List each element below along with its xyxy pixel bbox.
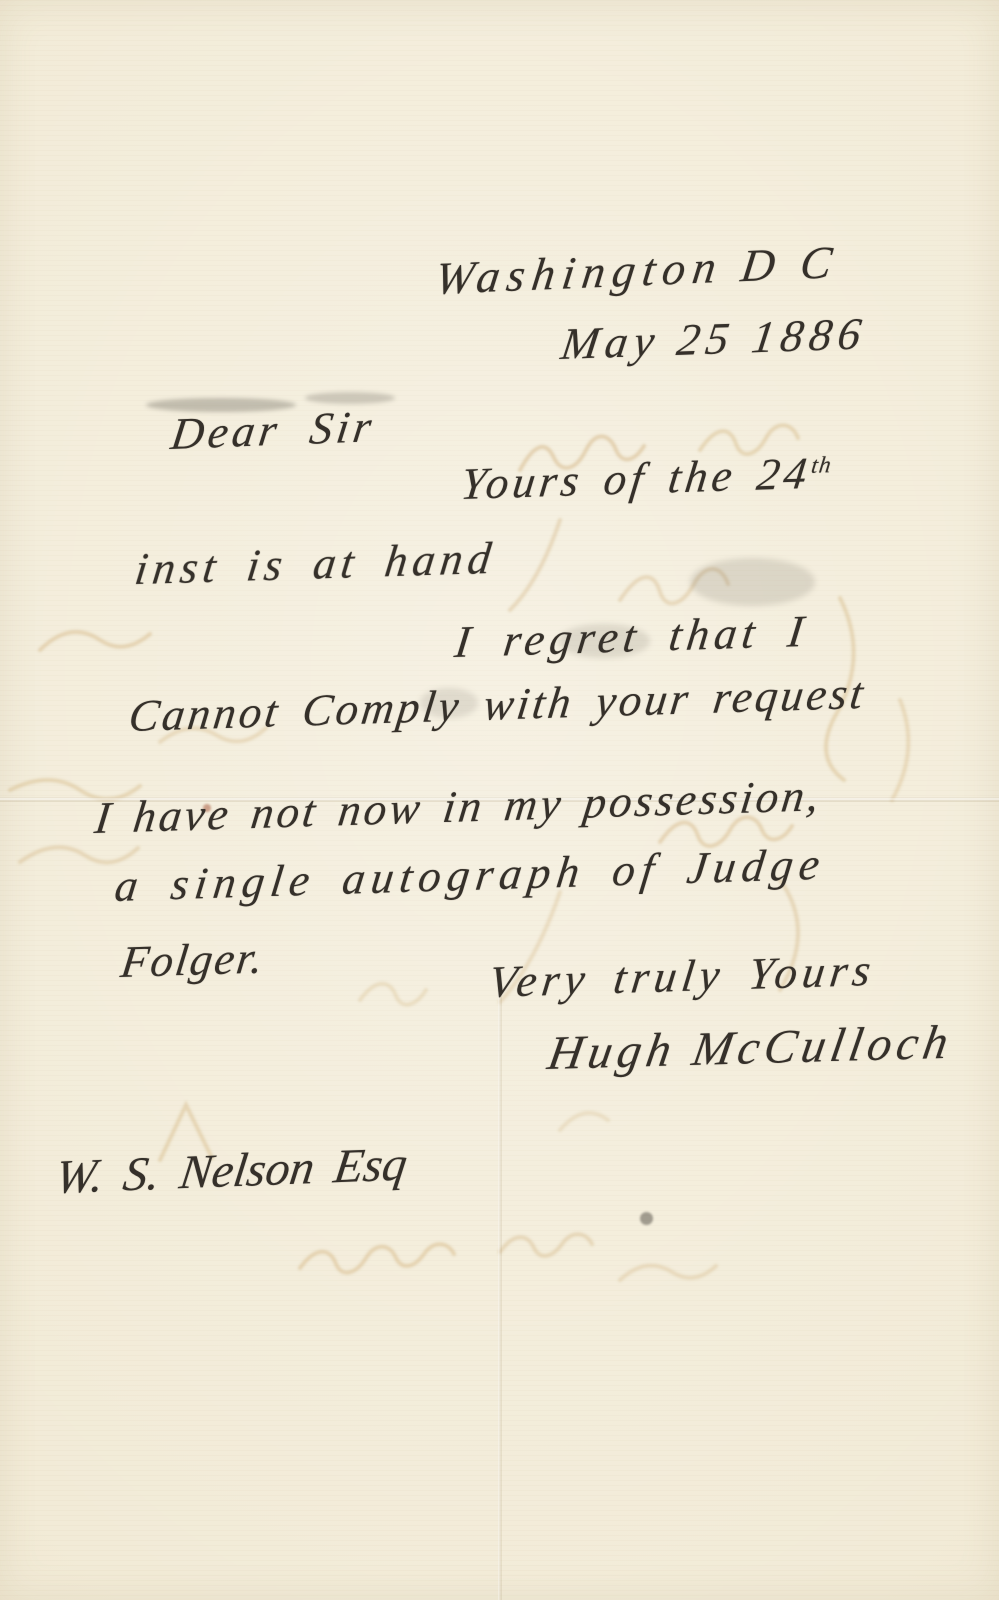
addressee-line: W. S. Nelson Esq xyxy=(52,1137,411,1205)
ink-smudge xyxy=(690,558,815,606)
date-line: May 25 1886 xyxy=(558,307,871,370)
body-line-5: I have not now in my possession, xyxy=(92,769,825,844)
salutation: Dear Sir xyxy=(168,400,379,460)
body-line-1-text: Yours of the 24 xyxy=(458,448,814,509)
bleedthrough-mark xyxy=(892,700,908,800)
body-line-7: Folger. xyxy=(118,932,268,988)
body-line-1: Yours of the 24th xyxy=(458,446,834,510)
bleedthrough-mark xyxy=(40,632,150,650)
place-line: Washington D C xyxy=(432,235,842,305)
letter-scan-page: Washington D C May 25 1886 Dear Sir Your… xyxy=(0,0,999,1600)
vertical-fold-crease xyxy=(498,985,502,1600)
ink-speck xyxy=(640,1212,653,1225)
bleedthrough-mark xyxy=(300,1244,454,1272)
bleedthrough-mark xyxy=(500,1234,592,1256)
closing-line: Very truly Yours xyxy=(486,944,879,1008)
signature: Hugh McCulloch xyxy=(544,1015,957,1081)
body-line-3: I regret that I xyxy=(452,605,812,668)
body-line-2: inst is at hand xyxy=(132,532,499,595)
body-line-4: Cannot Comply with your request xyxy=(126,667,869,742)
bleedthrough-mark xyxy=(510,520,560,610)
bleedthrough-mark xyxy=(560,1113,608,1130)
ordinal-superscript: th xyxy=(810,452,834,479)
bleedthrough-mark xyxy=(360,984,426,1005)
bleedthrough-mark xyxy=(620,1266,716,1280)
body-line-6: a single autograph of Judge xyxy=(112,838,829,912)
